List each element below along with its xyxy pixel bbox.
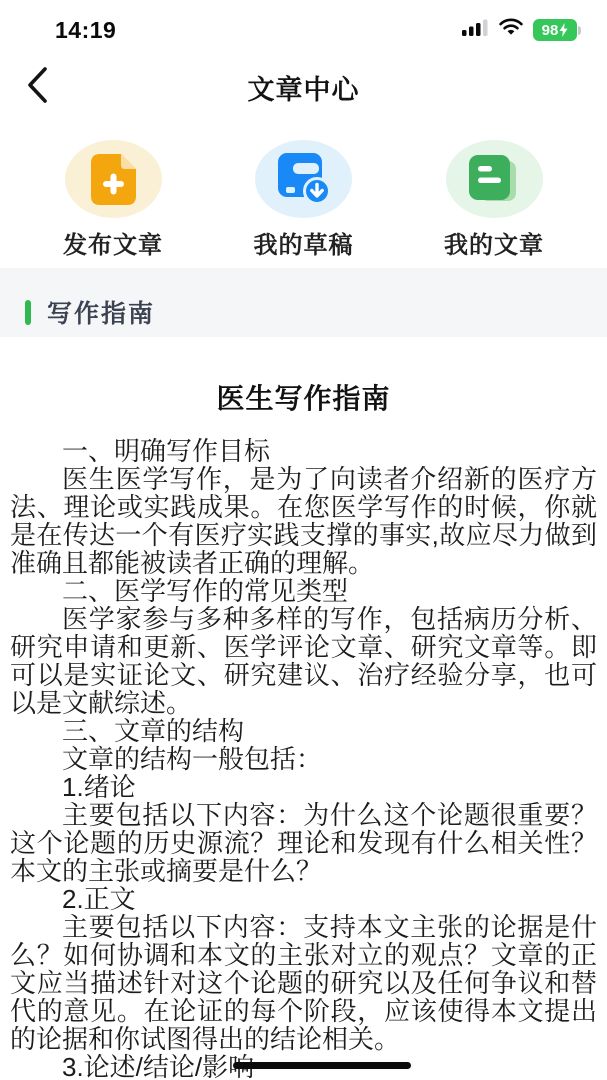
save-download-icon (255, 140, 352, 218)
document-plus-icon (65, 140, 162, 218)
action-label: 我的草稿 (254, 225, 354, 260)
battery-icon: 98 (533, 19, 581, 41)
article-paragraph: 1.绪论 (10, 773, 597, 801)
section-header: 写作指南 (0, 268, 607, 337)
article-content: 医生写作指南 一、明确写作目标医生医学写作，是为了向读者介绍新的医疗方法、理论或… (0, 337, 607, 1080)
wifi-icon (498, 18, 524, 42)
article-paragraph: 二、医学写作的常见类型 (10, 577, 597, 605)
action-label: 我的文章 (444, 225, 544, 260)
section-title: 写作指南 (47, 294, 155, 330)
my-articles-button[interactable]: 我的文章 (419, 120, 569, 268)
article-list-icon (446, 140, 543, 218)
battery-percent: 98 (542, 22, 559, 39)
cellular-signal-icon (462, 19, 489, 42)
nav-bar: 文章中心 (0, 54, 607, 120)
charging-bolt-icon (559, 23, 568, 37)
article-paragraph: 文章的结构一般包括： (10, 745, 597, 773)
page-title: 文章中心 (0, 68, 607, 107)
my-drafts-button[interactable]: 我的草稿 (229, 120, 379, 268)
publish-article-button[interactable]: 发布文章 (38, 120, 188, 268)
section-accent-bar (25, 300, 31, 325)
article-center-screen: 14:19 98 (0, 0, 607, 1080)
home-indicator[interactable] (233, 1062, 411, 1069)
action-row: 发布文章 我的草稿 (0, 120, 607, 268)
article-paragraph: 医生医学写作，是为了向读者介绍新的医疗方法、理论或实践成果。在您医学写作的时候，… (10, 465, 597, 577)
article-paragraph: 医学家参与多种多样的写作，包括病历分析、研究申请和更新、医学评论文章、研究文章等… (10, 605, 597, 717)
clock: 14:19 (55, 17, 116, 44)
article-paragraph: 2.正文 (10, 885, 597, 913)
article-title: 医生写作指南 (10, 383, 597, 415)
article-body: 一、明确写作目标医生医学写作，是为了向读者介绍新的医疗方法、理论或实践成果。在您… (10, 437, 597, 1080)
article-paragraph: 三、文章的结构 (10, 717, 597, 745)
article-paragraph: 一、明确写作目标 (10, 437, 597, 465)
article-paragraph: 主要包括以下内容：为什么这个论题很重要？这个论题的历史源流？理论和发现有什么相关… (10, 801, 597, 885)
action-label: 发布文章 (63, 225, 163, 260)
article-paragraph: 主要包括以下内容：支持本文主张的论据是什么？如何协调和本文的主张对立的观点？文章… (10, 913, 597, 1053)
status-bar: 14:19 98 (0, 0, 607, 54)
